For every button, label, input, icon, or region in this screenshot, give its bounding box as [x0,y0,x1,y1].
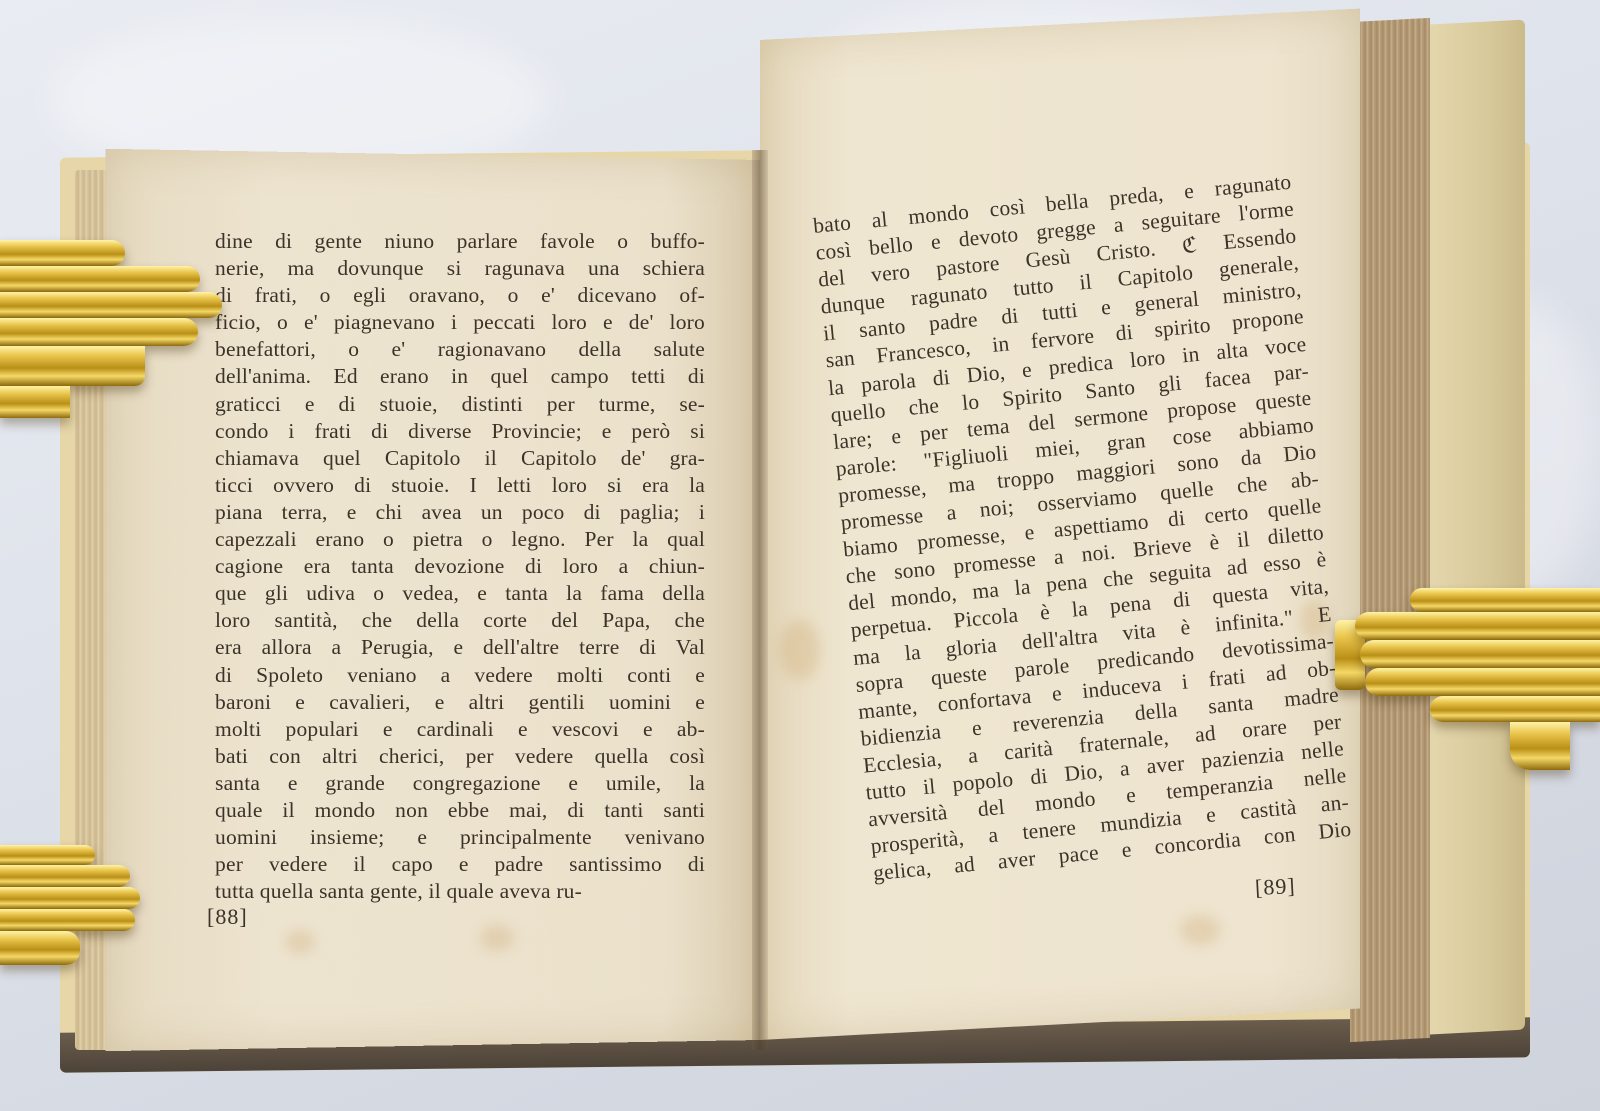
hand-finger [0,909,135,931]
page-number-left: [88] [207,904,248,930]
right-cover-flap [1430,20,1525,1035]
hand-finger [1410,588,1600,612]
text-line: nerie, ma dovunque si ragunava una schie… [215,255,705,282]
clip-base [0,386,70,418]
text-line: tutta quella santa gente, il quale aveva… [215,878,705,905]
text-line: di Spoleto veniano a vedere molti conti … [215,662,705,689]
text-line: bati con altri cherici, per vedere quell… [215,743,705,770]
text-line: cagione era tanta devozione di loro a ch… [215,553,705,580]
hand-finger [1365,668,1600,696]
hand-finger [0,865,130,887]
paper-stain [480,925,514,951]
text-line: dell'anima. Ed erano in quel campo tetti… [215,363,705,390]
text-line: que gli udiva o vedea, e tanta la fama d… [215,580,705,607]
hand-finger [0,845,95,865]
text-line: per vedere il capo e padre santissimo di [215,851,705,878]
text-line: dine di gente niuno parlare favole o buf… [215,228,705,255]
text-line: di frati, o egli oravano, o e' dicevano … [215,282,705,309]
text-line: loro santità, che della corte del Papa, … [215,607,705,634]
text-line: chiamava quel Capitolo il Capitolo de' g… [215,445,705,472]
paper-stain [285,930,315,954]
text-line: benefattori, o e' ragionavano della salu… [215,336,705,363]
text-line: graticci e di stuoie, distinti per turme… [215,391,705,418]
text-line: molti populari e cardinali e vescovi e a… [215,716,705,743]
paper-stain [1180,915,1220,945]
text-line: santa e grande congregazione e umile, la [215,770,705,797]
hand-finger [0,318,198,346]
hand-finger [0,266,200,292]
hand-finger [0,931,80,965]
hand-finger [1360,640,1600,668]
hand-finger [1430,696,1600,722]
book-gutter [752,150,768,1050]
text-line: uomini insieme; e principalmente venivan… [215,824,705,851]
right-page-text: bato al mondo così bella preda, e raguna… [812,169,1353,888]
page-number-right: [89] [1254,873,1296,901]
hand-finger [0,887,140,909]
text-line: era allora a Perugia, e dell'altre terre… [215,634,705,661]
right-page-stack [1350,18,1430,1042]
hand-finger [1355,612,1600,640]
text-line: ticci ovvero di stuoie. I letti loro si … [215,472,705,499]
text-line: quale il mondo non ebbe mai, di tanti sa… [215,797,705,824]
hand-wrist [0,346,145,386]
left-page-text: dine di gente niuno parlare favole o buf… [215,228,705,905]
hand-finger [0,240,125,266]
text-line: condo i frati di diverse Provincie; e pe… [215,418,705,445]
text-line: piana terra, e chi avea un poco di pagli… [215,499,705,526]
hand-wrist [1510,722,1570,770]
hand-finger [0,292,222,318]
paper-stain [780,620,820,680]
text-line: capezzali erano o pietra o legno. Per la… [215,526,705,553]
text-line: baroni e cavalieri, e altri gentili uomi… [215,689,705,716]
text-line: ficio, o e' piagnevano i peccati loro e … [215,309,705,336]
